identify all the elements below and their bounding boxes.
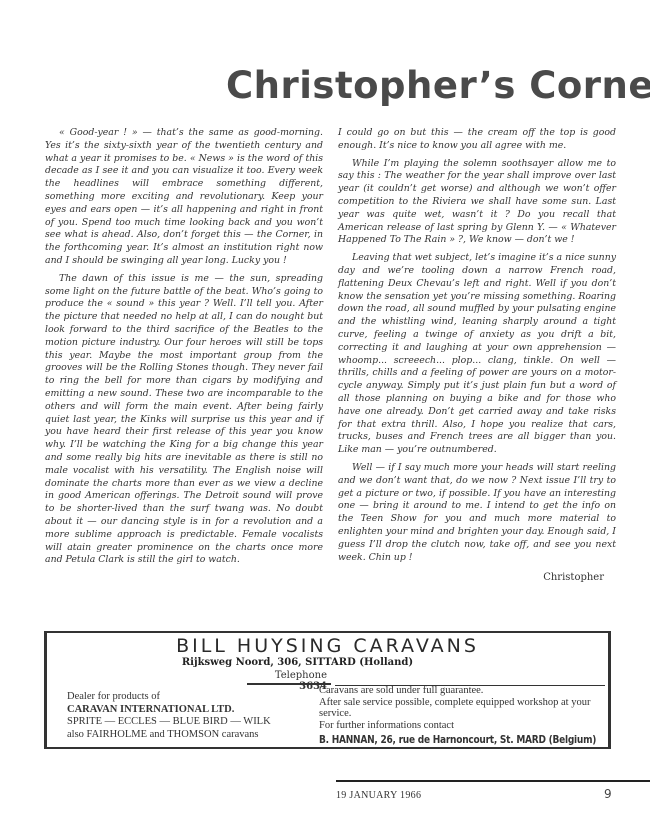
article-right-column: I could go on but this — the cream off t… — [338, 127, 616, 585]
page-number: 9 — [604, 787, 612, 801]
article-paragraph: Leaving that wet subject, let’s imagine … — [338, 252, 616, 457]
ad-address: Rijksweg Noord, 306, SITTARD (Holland) — [47, 657, 548, 668]
ad-dealer-info: Dealer for products of CARAVAN INTERNATI… — [67, 691, 307, 741]
ad-service-info: Caravans are sold under full guarantee. … — [319, 685, 604, 746]
footer-divider — [336, 780, 650, 782]
ad-contact-label: For further informations contact — [319, 720, 604, 732]
ad-dealer-also: also FAIRHOLME and THOMSON caravans — [67, 729, 307, 742]
author-signature: Christopher — [338, 572, 616, 585]
article-paragraph: « Good-year ! » — that’s the same as goo… — [45, 127, 323, 268]
ad-guarantee: Caravans are sold under full guarantee. — [319, 685, 604, 697]
ad-dealer-models: SPRITE — ECCLES — BLUE BIRD — WILK — [67, 716, 307, 729]
article-paragraph: Well — if I say much more your heads wil… — [338, 462, 616, 564]
ad-contact: B. HANNAN, 26, rue de Harnoncourt, St. M… — [319, 734, 553, 746]
advertisement-box: BILL HUYSING CARAVANS Rijksweg Noord, 30… — [44, 631, 611, 749]
article-left-column: « Good-year ! » — that’s the same as goo… — [45, 127, 323, 572]
issue-date: 19 JANUARY 1966 — [336, 790, 421, 801]
ad-title: BILL HUYSING CARAVANS — [47, 635, 608, 657]
article-paragraph: I could go on but this — the cream off t… — [338, 127, 616, 153]
page-title: Christopher’s Corner — [226, 64, 650, 107]
article-paragraph: The dawn of this issue is me — the sun, … — [45, 273, 323, 567]
ad-phone-label: Telephone — [275, 670, 327, 681]
ad-service: After sale service possible, complete eq… — [319, 697, 604, 720]
ad-dealer-line: Dealer for products of — [67, 691, 307, 704]
ad-dealer-company: CARAVAN INTERNATIONAL LTD. — [67, 704, 307, 717]
article-paragraph: While I’m playing the solemn soothsayer … — [338, 158, 616, 248]
